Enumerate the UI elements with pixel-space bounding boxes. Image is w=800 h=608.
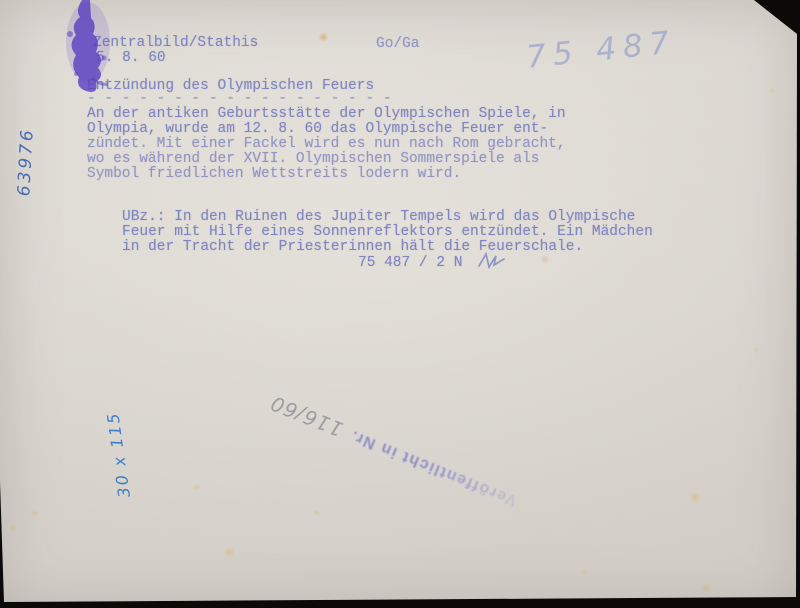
body-line: Symbol friedlichen Wettstreits lodern wi… (87, 167, 461, 182)
age-spot (313, 509, 320, 516)
stamp-text: Veröffentlicht in Nr. (348, 426, 520, 509)
age-spot (768, 86, 777, 95)
age-spot (580, 568, 589, 576)
agency-line: Zentralbild/Stathis (93, 36, 258, 51)
age-spot (318, 32, 329, 42)
age-spot (752, 346, 760, 354)
body-line: An der antiken Geburtsstätte der Olympis… (87, 107, 566, 122)
age-spot (223, 547, 236, 558)
body-line: wo es während der XVII. Olympischen Somm… (87, 152, 539, 167)
ubz-line: in der Tracht der Priesterinnen hält die… (122, 240, 583, 255)
ubz-line: Feuer mit Hilfe eines Sonnenreflektors e… (122, 225, 653, 240)
caption-title-underline: - - - - - - - - - - - - - - - - - - (87, 92, 392, 107)
age-spot (30, 509, 39, 517)
handwritten-squiggle-mark (477, 251, 507, 276)
credit-code: Go/Ga (376, 37, 420, 52)
age-spot (701, 583, 712, 593)
photo-number-line: 75 487 / 2 N (358, 256, 462, 271)
photo-scan: Zentralbild/Stathis 5. 8. 60 Go/Ga 75 48… (0, 0, 800, 608)
publication-stamp: Veröffentlicht in Nr. 116/60 (213, 365, 522, 516)
date-line: 5. 8. 60 (96, 51, 166, 66)
handwritten-margin-number: 63976 (13, 105, 47, 218)
ubz-line: UBz.: In den Ruinen des Jupiter Tempels … (122, 210, 635, 225)
body-line: zündet. Mit einer Fackel wird es nun nac… (87, 137, 566, 152)
body-line: Olympia, wurde am 12. 8. 60 das Olympisc… (87, 122, 548, 137)
age-spot (540, 255, 550, 264)
photo-back-paper: Zentralbild/Stathis 5. 8. 60 Go/Ga 75 48… (0, 0, 800, 608)
stamp-issue-number: 116/60 (267, 391, 347, 442)
age-spot (8, 523, 18, 532)
handwritten-size-note: 30 x 115 (102, 405, 141, 504)
age-spot (192, 483, 201, 491)
handwritten-archive-number: 75 487 (525, 24, 678, 76)
age-spot (689, 491, 702, 503)
